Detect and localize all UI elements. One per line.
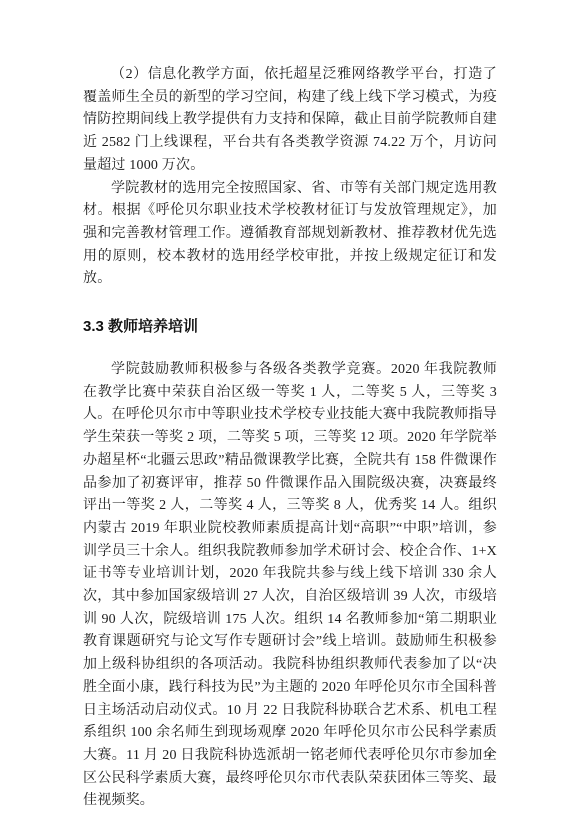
paragraph-informatization-teaching: （2）信息化教学方面，依托超星泛雅网络教学平台，打造了覆盖师生全员的新型的学习空… bbox=[83, 64, 497, 178]
document-page: （2）信息化教学方面，依托超星泛雅网络教学平台，打造了覆盖师生全员的新型的学习空… bbox=[0, 0, 580, 820]
section-heading: 3.3 教师培养培训 bbox=[83, 317, 497, 337]
page-number: 14 bbox=[483, 748, 492, 760]
paragraph-textbook-selection: 学院教材的选用完全按照国家、省、市等有关部门规定选用教材。根据《呼伦贝尔职业技术… bbox=[83, 178, 497, 292]
page-content: （2）信息化教学方面，依托超星泛雅网络教学平台，打造了覆盖师生全员的新型的学习空… bbox=[83, 64, 497, 813]
paragraph-teacher-training: 学院鼓励教师积极参与各级各类教学竞赛。2020 年我院教师在教学比赛中荣获自治区… bbox=[83, 359, 497, 813]
